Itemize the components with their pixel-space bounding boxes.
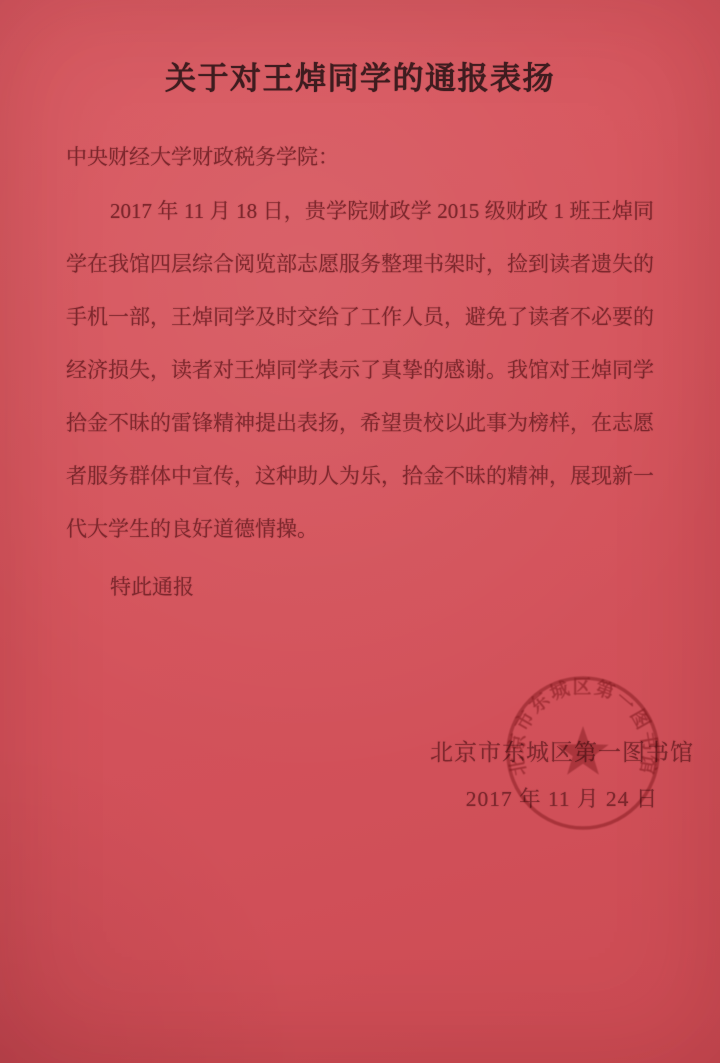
notice-body: 2017 年 11 月 18 日，贵学院财政学 2015 级财政 1 班王焯同 … [66,185,654,614]
official-seal: 北京市东城区第一图书馆 [503,673,663,833]
star-icon [557,726,608,775]
body-line: 代大学生的良好道德情操。 [66,503,654,556]
body-line: 经济损失，读者对王焯同学表示了真挚的感谢。我馆对王焯同学 [66,344,654,397]
body-line: 拾金不昧的雷锋精神提出表扬，希望贵校以此事为榜样，在志愿 [66,397,654,450]
salutation: 中央财经大学财政税务学院： [66,142,654,172]
body-line: 手机一部，王焯同学及时交给了工作人员，避免了读者不必要的 [66,291,654,344]
document-page: 关于对王焯同学的通报表扬 中央财经大学财政税务学院： 2017 年 11 月 1… [0,0,720,1063]
notice-title: 关于对王焯同学的通报表扬 [0,58,720,100]
closing-phrase: 特此通报 [66,561,654,614]
body-line: 者服务群体中宣传，这种助人为乐，拾金不昧的精神，展现新一 [66,450,654,503]
body-line: 2017 年 11 月 18 日，贵学院财政学 2015 级财政 1 班王焯同 [66,185,654,238]
body-line: 学在我馆四层综合阅览部志愿服务整理书架时，捡到读者遗失的 [66,238,654,291]
